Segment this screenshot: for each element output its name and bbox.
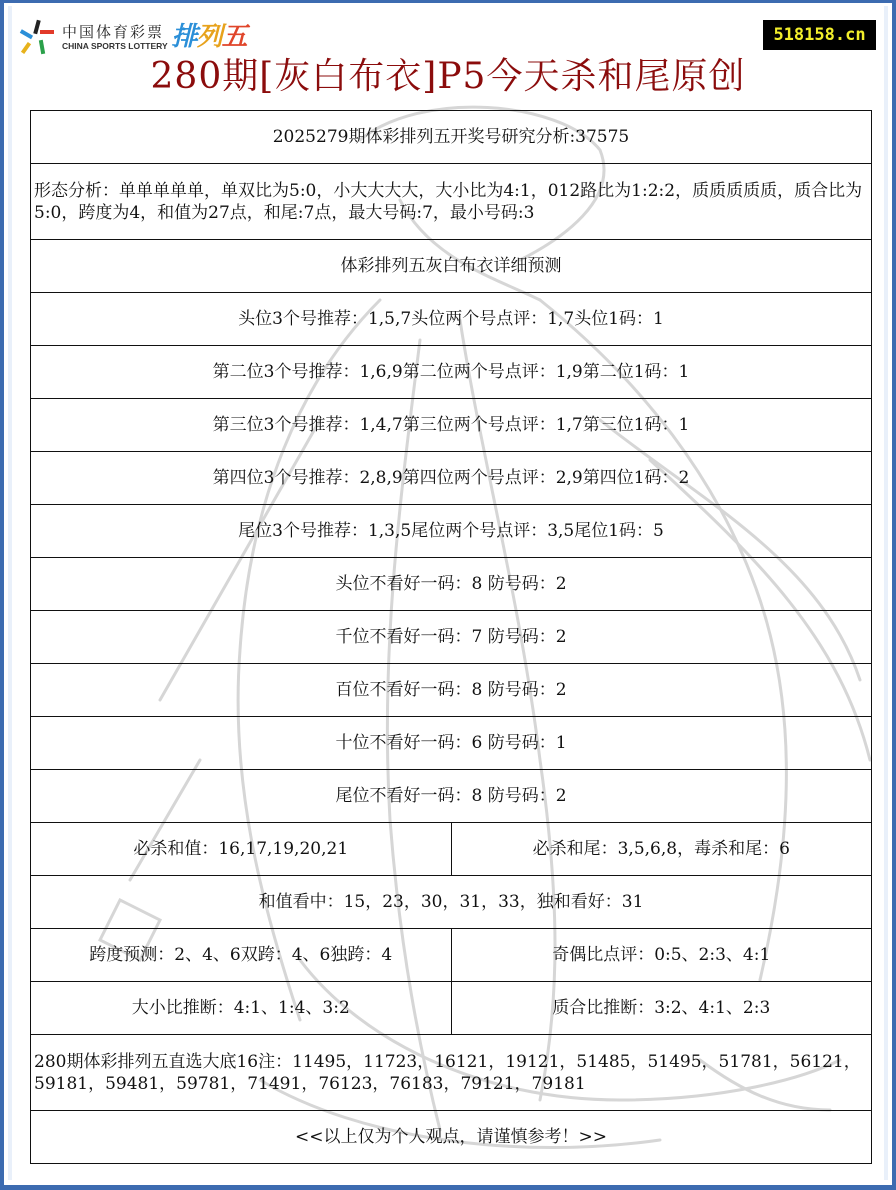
- logo-english-name: CHINA SPORTS LOTTERY: [62, 41, 168, 51]
- pattern-analysis-cell: 形态分析：单单单单单，单双比为5:0，小大大大大，大小比为4:1，012路比为1…: [31, 164, 872, 240]
- exclusion-cell: 百位不看好一码：8 防号码：2: [31, 664, 872, 717]
- table-row: 2025279期体彩排列五开奖号研究分析:37575: [31, 111, 872, 164]
- direct-base-cell: 280期体彩排列五直选大底16注：11495，11723，16121，19121…: [31, 1035, 872, 1111]
- big-small-cell: 大小比推断：4:1、1:4、3:2: [31, 982, 452, 1035]
- exclusion-cell: 千位不看好一码：7 防号码：2: [31, 611, 872, 664]
- span-forecast-cell: 跨度预测：2、4、6双跨：4、6独跨：4: [31, 929, 452, 982]
- table-row: 第二位3个号推荐：1,6,9第二位两个号点评：1,9第二位1码：1: [31, 346, 872, 399]
- table-row: 280期体彩排列五直选大底16注：11495，11723，16121，19121…: [31, 1035, 872, 1111]
- table-row: 第三位3个号推荐：1,4,7第三位两个号点评：1,7第三位1码：1: [31, 399, 872, 452]
- position-pick-cell: 尾位3个号推荐：1,3,5尾位两个号点评：3,5尾位1码：5: [31, 505, 872, 558]
- table-row: 体彩排列五灰白布衣详细预测: [31, 240, 872, 293]
- table-row: 第四位3个号推荐：2,8,9第四位两个号点评：2,9第四位1码：2: [31, 452, 872, 505]
- exclusion-cell: 头位不看好一码：8 防号码：2: [31, 558, 872, 611]
- position-pick-cell: 第三位3个号推荐：1,4,7第三位两个号点评：1,7第三位1码：1: [31, 399, 872, 452]
- logo-chinese-name: 中国体育彩票: [62, 23, 168, 41]
- position-pick-cell: 头位3个号推荐：1,5,7头位两个号点评：1,7头位1码：1: [31, 293, 872, 346]
- logo-pailie5: 排列五: [172, 18, 247, 56]
- table-row: 头位3个号推荐：1,5,7头位两个号点评：1,7头位1码：1: [31, 293, 872, 346]
- prediction-table: 2025279期体彩排列五开奖号研究分析:37575 形态分析：单单单单单，单双…: [30, 110, 872, 1164]
- kill-tail-cell: 必杀和尾：3,5,6,8，毒杀和尾：6: [451, 823, 872, 876]
- table-row: 十位不看好一码：6 防号码：1: [31, 717, 872, 770]
- odd-even-cell: 奇偶比点评：0:5、2:3、4:1: [451, 929, 872, 982]
- draw-analysis-cell: 2025279期体彩排列五开奖号研究分析:37575: [31, 111, 872, 164]
- table-row: 形态分析：单单单单单，单双比为5:0，小大大大大，大小比为4:1，012路比为1…: [31, 164, 872, 240]
- table-row: 和值看中：15，23，30，31，33，独和看好：31: [31, 876, 872, 929]
- kill-sum-cell: 必杀和值：16,17,19,20,21: [31, 823, 452, 876]
- position-pick-cell: 第二位3个号推荐：1,6,9第二位两个号点评：1,9第二位1码：1: [31, 346, 872, 399]
- table-row: 尾位3个号推荐：1,3,5尾位两个号点评：3,5尾位1码：5: [31, 505, 872, 558]
- table-row: <<以上仅为个人观点，请谨慎参考！>>: [31, 1111, 872, 1164]
- table-row: 尾位不看好一码：8 防号码：2: [31, 770, 872, 823]
- table-row: 大小比推断：4:1、1:4、3:2 质合比推断：3:2、4:1、2:3: [31, 982, 872, 1035]
- section-title-cell: 体彩排列五灰白布衣详细预测: [31, 240, 872, 293]
- exclusion-cell: 尾位不看好一码：8 防号码：2: [31, 770, 872, 823]
- table-row: 头位不看好一码：8 防号码：2: [31, 558, 872, 611]
- exclusion-cell: 十位不看好一码：6 防号码：1: [31, 717, 872, 770]
- table-row: 必杀和值：16,17,19,20,21 必杀和尾：3,5,6,8，毒杀和尾：6: [31, 823, 872, 876]
- position-pick-cell: 第四位3个号推荐：2,8,9第四位两个号点评：2,9第四位1码：2: [31, 452, 872, 505]
- sum-focus-cell: 和值看中：15，23，30，31，33，独和看好：31: [31, 876, 872, 929]
- prime-composite-cell: 质合比推断：3:2、4:1、2:3: [451, 982, 872, 1035]
- table-row: 千位不看好一码：7 防号码：2: [31, 611, 872, 664]
- china-sports-lottery-logo: 中国体育彩票 CHINA SPORTS LOTTERY 排列五: [18, 18, 247, 56]
- table-row: 百位不看好一码：8 防号码：2: [31, 664, 872, 717]
- disclaimer-cell: <<以上仅为个人观点，请谨慎参考！>>: [31, 1111, 872, 1164]
- table-row: 跨度预测：2、4、6双跨：4、6独跨：4 奇偶比点评：0:5、2:3、4:1: [31, 929, 872, 982]
- page-title: 280期[灰白布衣]P5今天杀和尾原创: [0, 52, 896, 102]
- site-badge: 518158.cn: [763, 20, 876, 50]
- lottery-star-logo-icon: [18, 18, 56, 56]
